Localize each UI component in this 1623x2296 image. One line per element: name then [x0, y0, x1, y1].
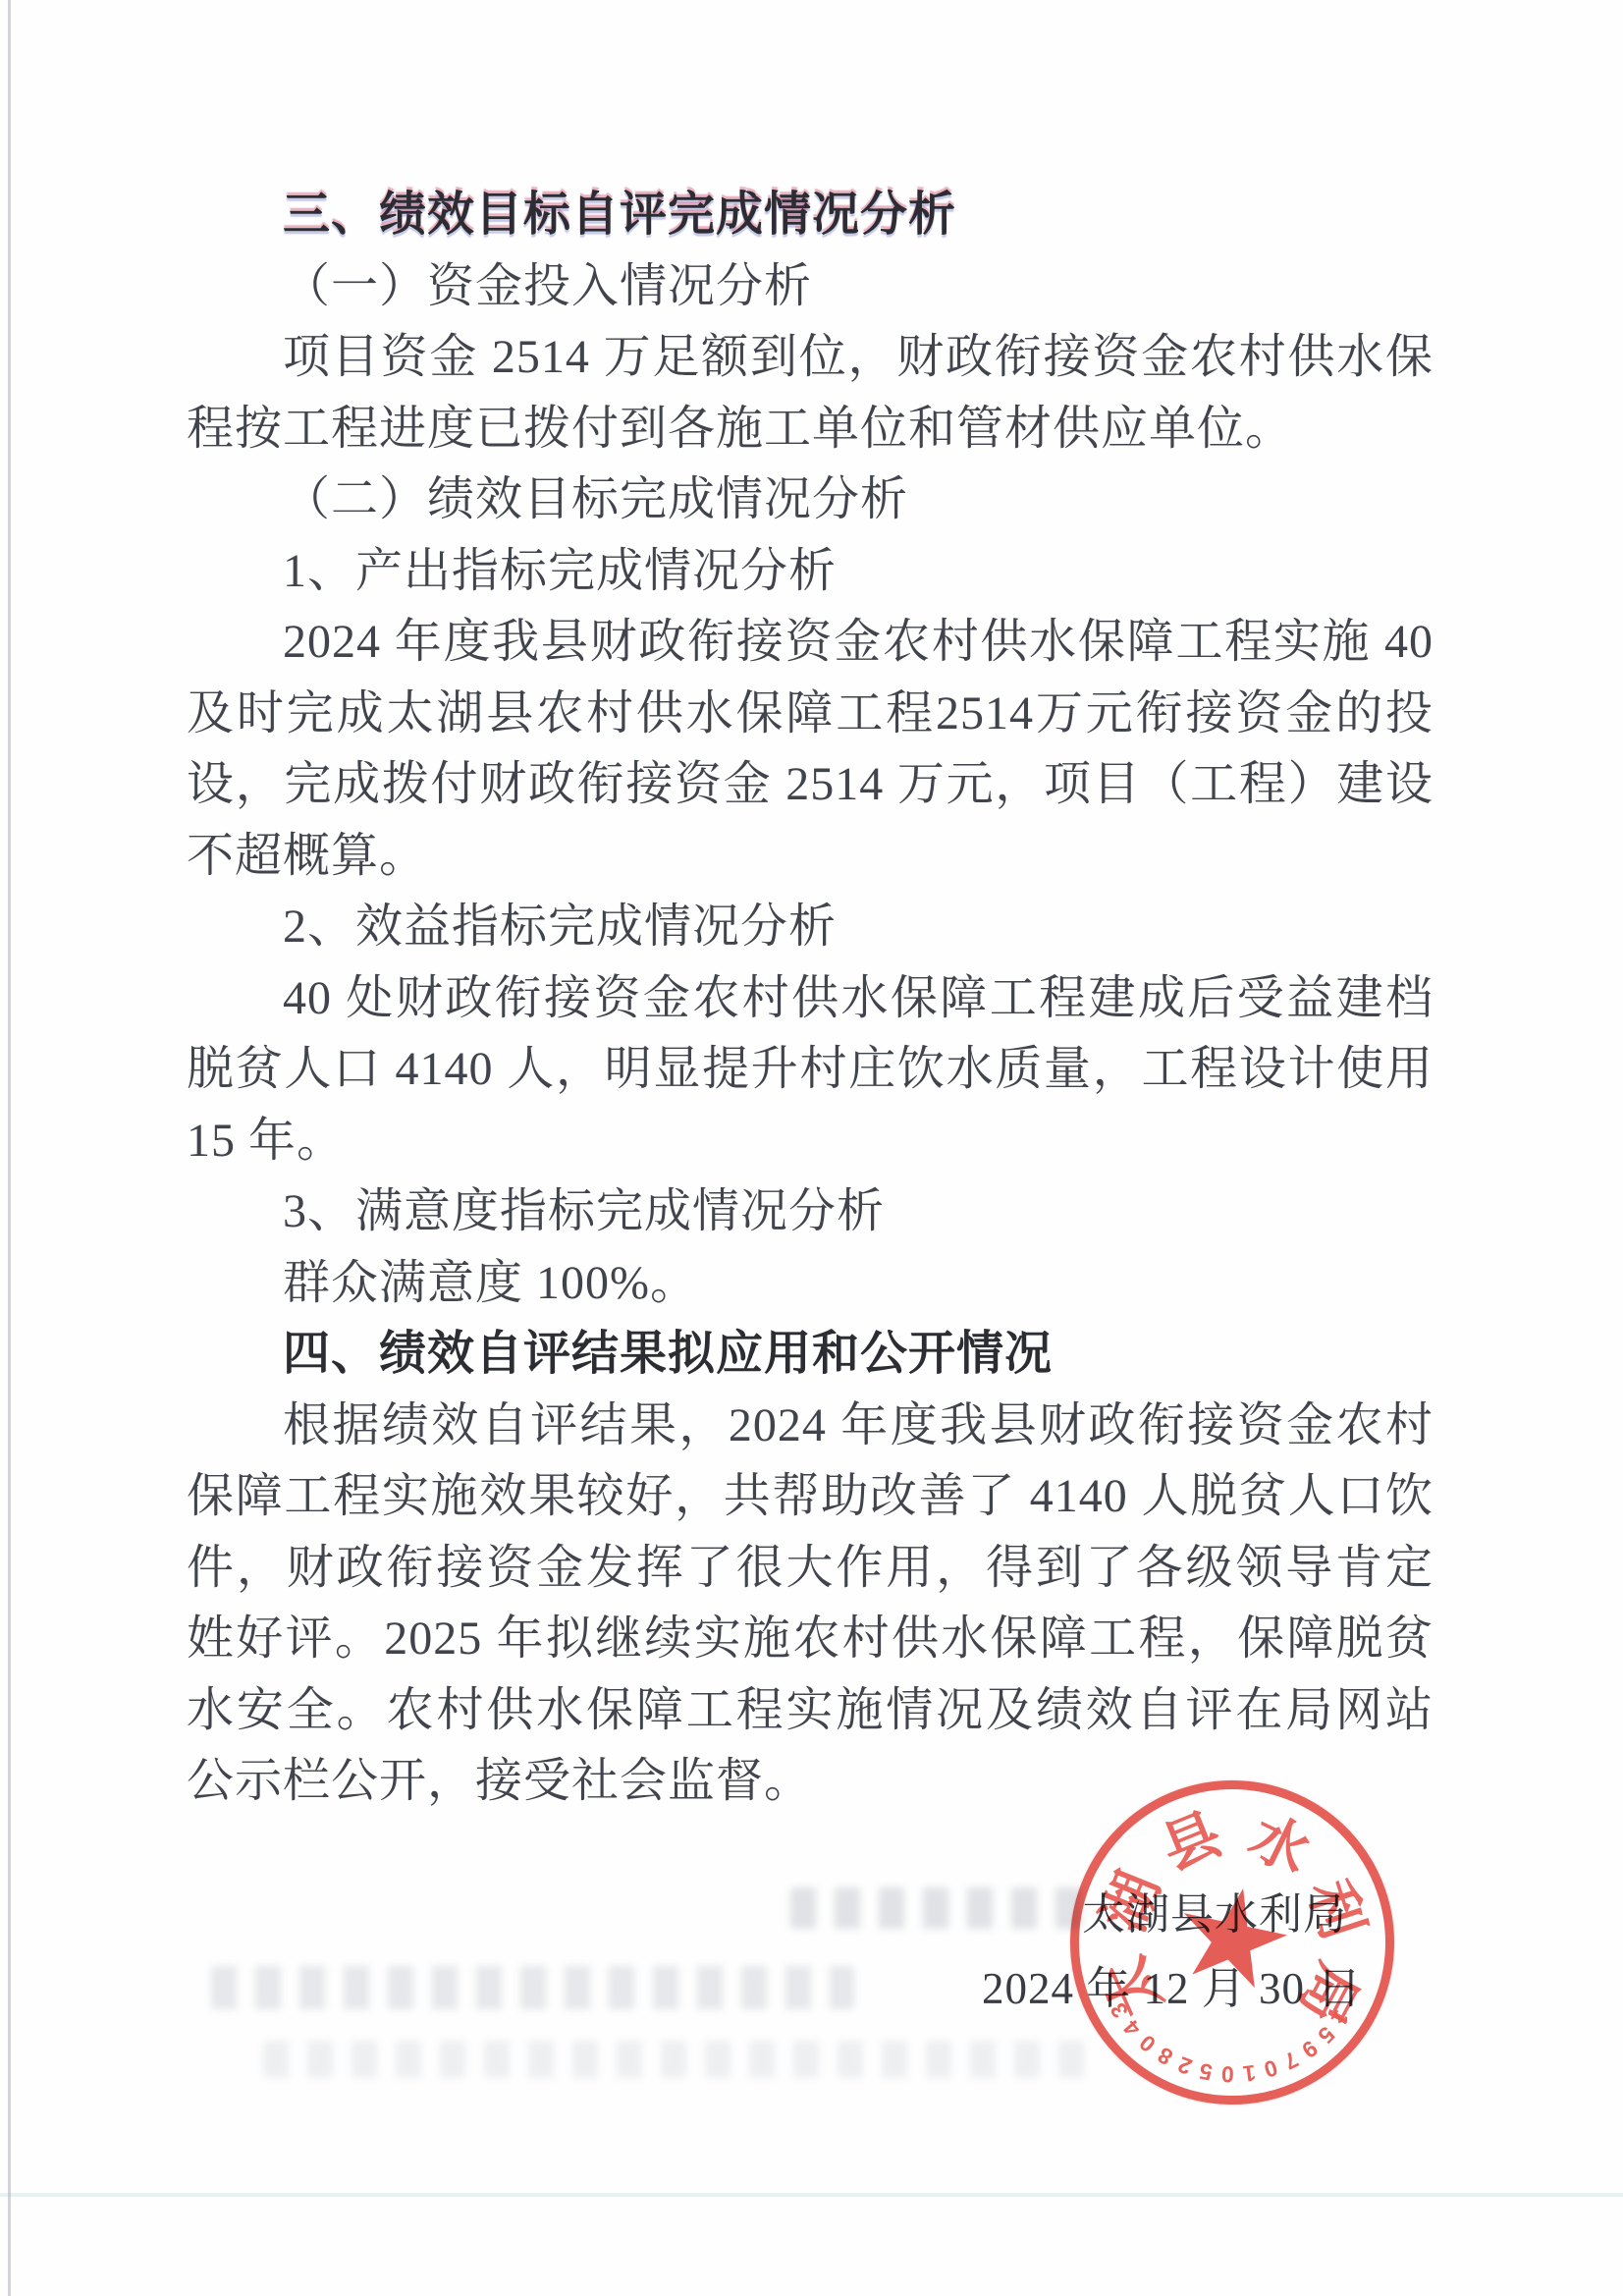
text-line: 项目资金 2514 万足额到位，财政衔接资金农村供水保障工: [187, 322, 1434, 394]
text-line: 保障工程实施效果较好，共帮助改善了 4140 人脱贫人口饮水条: [187, 1461, 1434, 1533]
text-line: 根据绩效自评结果，2024 年度我县财政衔接资金农村供水: [187, 1391, 1434, 1462]
text-line: 15 年。: [187, 1106, 1434, 1177]
text-line: 2、效益指标完成情况分析: [187, 892, 1434, 963]
text-line: 设，完成拨付财政衔接资金 2514 万元，项目（工程）建设成本: [187, 749, 1434, 821]
seal-serial-digit: 0: [1220, 2060, 1234, 2087]
text-line: 1、产出指标完成情况分析: [187, 536, 1434, 608]
text-line: 水安全。农村供水保障工程实施情况及绩效自评在局网站和局: [187, 1675, 1434, 1747]
section-heading: 三、绩效目标自评完成情况分析: [187, 180, 1434, 251]
text-line: 及时完成太湖县农村供水保障工程2514万元衔接资金的投资建: [187, 679, 1434, 750]
text-line: 姓好评。2025 年拟继续实施农村供水保障工程，保障脱贫户饮: [187, 1604, 1434, 1675]
document-page: 三、绩效目标自评完成情况分析（一）资金投入情况分析项目资金 2514 万足额到位…: [0, 0, 1623, 2296]
bleed-through-artifact: [211, 1966, 854, 2009]
text-line: 不超概算。: [187, 821, 1434, 893]
scan-band-artifact: [0, 2193, 1623, 2197]
bleed-through-artifact: [790, 1887, 1090, 1929]
official-seal: 太湖县水利局 3408250107951: [1064, 1775, 1399, 2109]
text-line: （二）绩效目标完成情况分析: [187, 465, 1434, 536]
text-line: 3、满意度指标完成情况分析: [187, 1176, 1434, 1248]
text-line: 脱贫人口 4140 人，明显提升村庄饮水质量，工程设计使用期限: [187, 1034, 1434, 1106]
text-line: 群众满意度 100%。: [187, 1248, 1434, 1320]
document-body: 三、绩效目标自评完成情况分析（一）资金投入情况分析项目资金 2514 万足额到位…: [187, 180, 1434, 1818]
bleed-through-artifact: [263, 2041, 1093, 2078]
text-line: 40 处财政衔接资金农村供水保障工程建成后受益建档立卡: [187, 963, 1434, 1035]
section-heading: 四、绩效自评结果拟应用和公开情况: [187, 1319, 1434, 1391]
text-line: （一）资金投入情况分析: [187, 251, 1434, 323]
text-line: 2024 年度我县财政衔接资金农村供水保障工程实施 40 处，: [187, 607, 1434, 679]
text-line: 程按工程进度已拨付到各施工单位和管材供应单位。: [187, 394, 1434, 465]
scan-edge-artifact: [8, 0, 11, 2296]
text-line: 件，财政衔接资金发挥了很大作用，得到了各级领导肯定和百: [187, 1533, 1434, 1605]
